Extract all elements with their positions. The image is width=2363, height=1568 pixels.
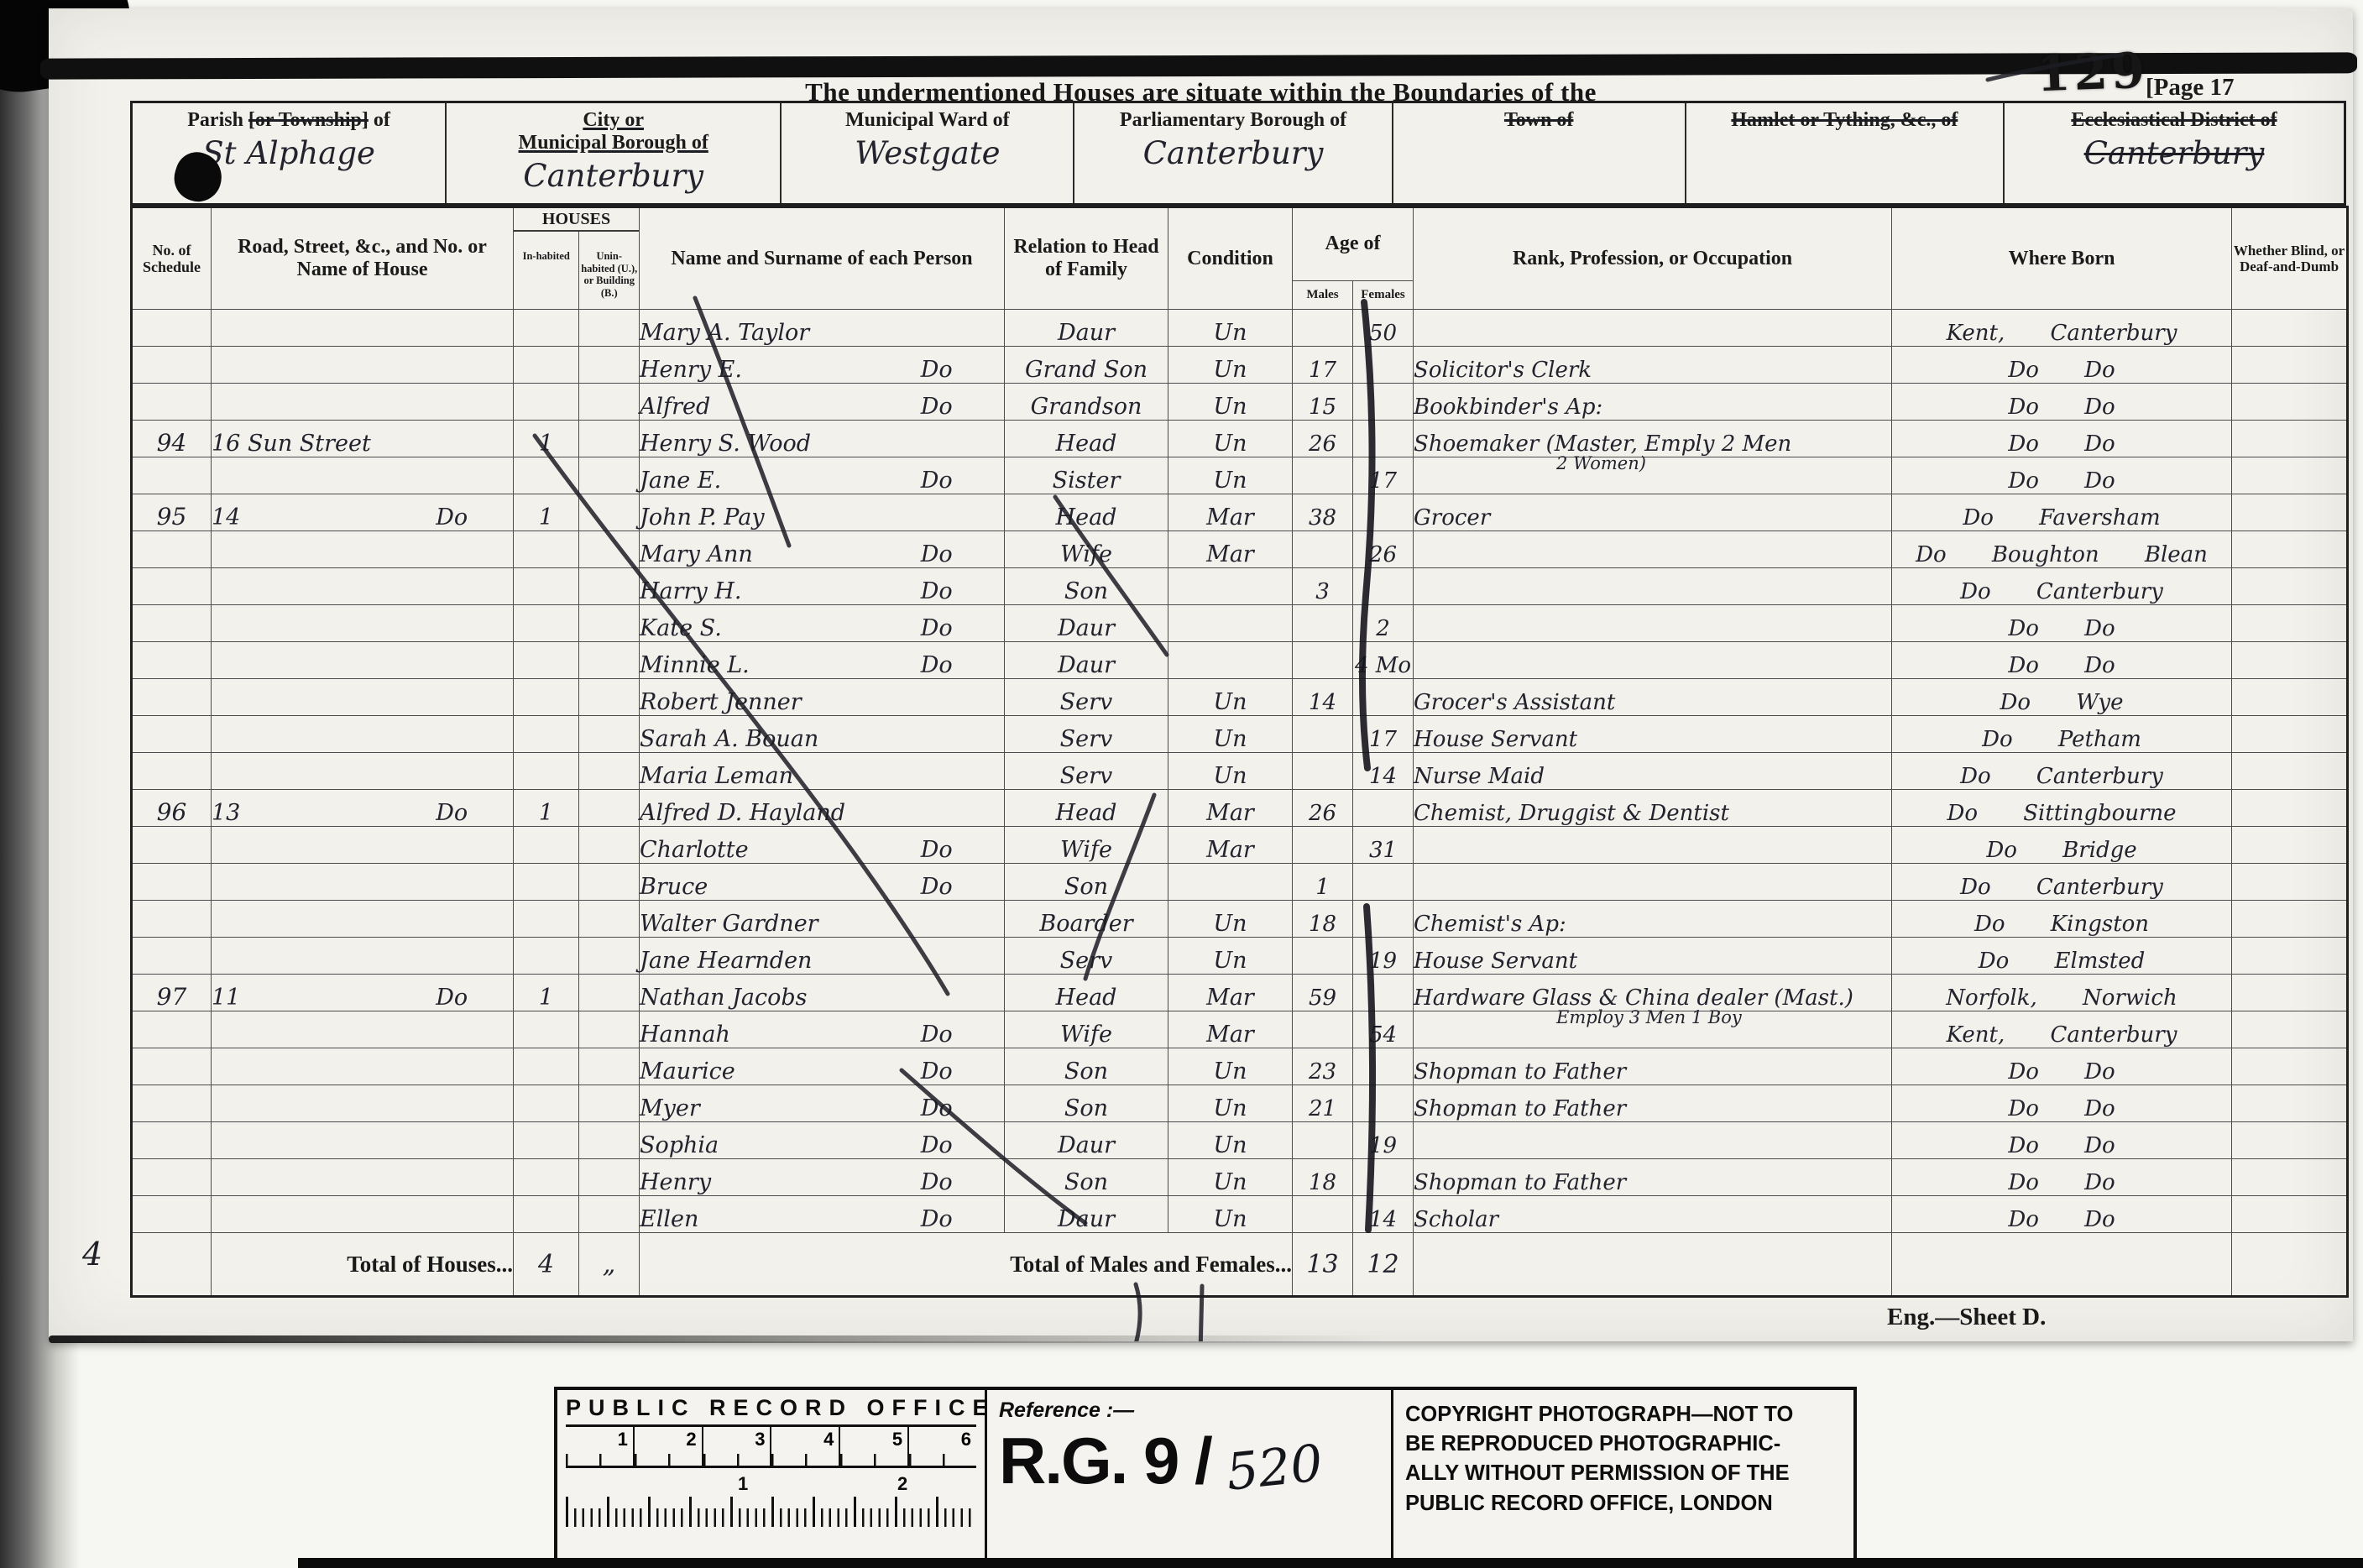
cell-schedule (132, 864, 212, 901)
cell-female (1353, 347, 1414, 384)
totals-houses-uninhabited: „ (579, 1233, 640, 1297)
cell-relation: Grandson (1005, 384, 1168, 421)
cell-male (1293, 716, 1353, 753)
cell-occupation (1414, 310, 1892, 347)
cell-blind (2232, 494, 2348, 531)
cell-male: 26 (1293, 790, 1353, 827)
cell-relation: Son (1005, 1048, 1168, 1085)
cell-blind (2232, 827, 2348, 864)
cell-born: Do Canterbury (1892, 568, 2232, 605)
cell-schedule (132, 827, 212, 864)
census-form-page: The undermentioned Houses are situate wi… (49, 8, 2353, 1341)
cell-born: Do Elmsted (1892, 938, 2232, 975)
cell-inhabited (514, 457, 579, 494)
cell-relation: Serv (1005, 716, 1168, 753)
cell-inhabited (514, 938, 579, 975)
cell-blind (2232, 568, 2348, 605)
cell-occupation (1414, 864, 1892, 901)
col-header-relation: Relation to Head of Family (1005, 207, 1168, 310)
table-row: 9711Do1Nathan JacobsHeadMar59Hardware Gl… (132, 975, 2348, 1011)
cell-male (1293, 310, 1353, 347)
cell-inhabited: 1 (514, 975, 579, 1011)
cell-schedule (132, 901, 212, 938)
cell-condition: Un (1168, 421, 1293, 457)
cell-blind (2232, 975, 2348, 1011)
cell-male: 3 (1293, 568, 1353, 605)
reference-piece-number: 520 (1224, 1438, 1325, 1498)
table-row: MauriceDoSonUn23Shopman to FatherDo Do (132, 1048, 2348, 1085)
table-row: 9514Do1John P. PayHeadMar38GrocerDo Fave… (132, 494, 2348, 531)
cell-uninhabited (579, 1085, 640, 1122)
ruler-inch-number: 3 (703, 1427, 772, 1466)
cell-condition: Mar (1168, 494, 1293, 531)
page-top-ink-band (40, 52, 2357, 79)
cell-uninhabited (579, 310, 640, 347)
cell-uninhabited (579, 975, 640, 1011)
cell-relation: Daur (1005, 1122, 1168, 1159)
cell-male (1293, 457, 1353, 494)
ruler-inch-number: 6 (909, 1427, 976, 1466)
cell-born: Do Do (1892, 457, 2232, 494)
cell-inhabited (514, 605, 579, 642)
cell-uninhabited (579, 642, 640, 679)
cell-female (1353, 790, 1414, 827)
ruler-inch-scale: 123456 (566, 1427, 976, 1468)
cell-schedule (132, 1196, 212, 1233)
cell-schedule (132, 605, 212, 642)
col-header-condition: Condition (1168, 207, 1293, 310)
stamp-copyright-section: COPYRIGHT PHOTOGRAPH—NOT TOBE REPRODUCED… (1393, 1390, 1853, 1558)
census-table: No. of Schedule Road, Street, &c., and N… (130, 206, 2349, 1298)
cell-male: 17 (1293, 347, 1353, 384)
cell-road: 11Do (212, 975, 514, 1011)
cell-blind (2232, 642, 2348, 679)
cell-schedule: 97 (132, 975, 212, 1011)
stamp-office-title: PUBLIC RECORD OFFICE (566, 1395, 976, 1427)
cell-condition (1168, 605, 1293, 642)
cell-occupation: Nurse Maid (1414, 753, 1892, 790)
cell-blind (2232, 457, 2348, 494)
cell-born: Do Do (1892, 1122, 2232, 1159)
cell-born: Do Do (1892, 642, 2232, 679)
cell-occupation: Chemist's Ap: (1414, 901, 1892, 938)
cell-born: Do Do (1892, 1048, 2232, 1085)
table-row: Robert JennerServUn14Grocer's AssistantD… (132, 679, 2348, 716)
cell-born: Do Do (1892, 384, 2232, 421)
cell-male (1293, 642, 1353, 679)
cell-uninhabited (579, 494, 640, 531)
cell-uninhabited (579, 531, 640, 568)
col-header-age-group: Age of (1293, 207, 1414, 281)
cell-schedule (132, 310, 212, 347)
cell-female: 17 (1353, 716, 1414, 753)
district-label: Municipal Ward of (845, 103, 1010, 132)
col-header-females: Females (1353, 280, 1414, 310)
cell-born: Do Do (1892, 347, 2232, 384)
cell-road (212, 347, 514, 384)
col-header-name: Name and Surname of each Person (640, 207, 1005, 310)
col-header-schedule: No. of Schedule (132, 207, 212, 310)
cell-road (212, 901, 514, 938)
cell-male: 59 (1293, 975, 1353, 1011)
cell-schedule (132, 679, 212, 716)
cell-born: Do Sittingbourne (1892, 790, 2232, 827)
cell-male: 26 (1293, 421, 1353, 457)
col-header-occupation: Rank, Profession, or Occupation (1414, 207, 1892, 310)
district-label: Hamlet or Tything, &c., of (1731, 103, 1958, 132)
cell-name: Harry H.Do (640, 568, 1005, 605)
stamp-ruler-section: PUBLIC RECORD OFFICE 123456 12 (557, 1390, 987, 1558)
cell-blind (2232, 384, 2348, 421)
cell-occupation (1414, 605, 1892, 642)
district-box: Ecclesiastical District ofCanterbury (2005, 103, 2344, 203)
cell-female (1353, 384, 1414, 421)
table-row: Maria LemanServUn14Nurse MaidDo Canterbu… (132, 753, 2348, 790)
cell-male (1293, 753, 1353, 790)
totals-occupation-cell (1414, 1233, 1892, 1297)
cell-condition: Un (1168, 679, 1293, 716)
reference-series: R.G. 9 / (999, 1428, 1211, 1493)
cell-inhabited (514, 716, 579, 753)
cell-male: 18 (1293, 901, 1353, 938)
cell-name: John P. Pay (640, 494, 1005, 531)
cell-road (212, 1011, 514, 1048)
cell-inhabited (514, 310, 579, 347)
cell-blind (2232, 605, 2348, 642)
cell-schedule (132, 642, 212, 679)
cell-schedule (132, 938, 212, 975)
cell-inhabited: 1 (514, 494, 579, 531)
totals-schedule-cell (132, 1233, 212, 1297)
copyright-line: BE REPRODUCED PHOTOGRAPHIC- (1405, 1429, 1845, 1459)
cell-condition: Mar (1168, 1011, 1293, 1048)
cell-schedule (132, 531, 212, 568)
cell-blind (2232, 421, 2348, 457)
cell-condition: Mar (1168, 790, 1293, 827)
cell-road (212, 310, 514, 347)
cell-occupation: Grocer (1414, 494, 1892, 531)
district-value: St Alphage (202, 135, 375, 171)
table-row: HenryDoSonUn18Shopman to FatherDo Do (132, 1159, 2348, 1196)
cell-female (1353, 1048, 1414, 1085)
cell-relation: Son (1005, 1085, 1168, 1122)
col-header-houses-group: HOUSES In-habited Unin-habited (U.), or … (514, 207, 640, 310)
col-header-blind: Whether Blind, or Deaf-and-Dumb (2232, 207, 2348, 310)
table-row: Harry H.DoSon3Do Canterbury (132, 568, 2348, 605)
cell-inhabited (514, 864, 579, 901)
cell-inhabited (514, 753, 579, 790)
cell-blind (2232, 1159, 2348, 1196)
cell-uninhabited (579, 1196, 640, 1233)
cell-female (1353, 901, 1414, 938)
cell-uninhabited (579, 1011, 640, 1048)
cell-born: Do Do (1892, 1196, 2232, 1233)
cell-born: Kent, Canterbury (1892, 1011, 2232, 1048)
cell-male (1293, 827, 1353, 864)
cell-road (212, 1048, 514, 1085)
cell-occupation: Shopman to Father (1414, 1159, 1892, 1196)
col-header-males: Males (1293, 280, 1353, 310)
cell-relation: Son (1005, 864, 1168, 901)
table-row: 9416 Sun Street1Henry S. WoodHeadUn26Sho… (132, 421, 2348, 457)
cell-occupation: Shoemaker (Master, Emply 2 Men2 Women) (1414, 421, 1892, 457)
cell-name: Mary AnnDo (640, 531, 1005, 568)
cell-blind (2232, 531, 2348, 568)
cell-schedule (132, 347, 212, 384)
cell-born: Norfolk, Norwich (1892, 975, 2232, 1011)
cell-condition (1168, 864, 1293, 901)
cell-uninhabited (579, 938, 640, 975)
cell-blind (2232, 347, 2348, 384)
table-row: EllenDoDaurUn14ScholarDo Do (132, 1196, 2348, 1233)
cell-occupation (1414, 568, 1892, 605)
cell-schedule (132, 1085, 212, 1122)
cell-born: Do Wye (1892, 679, 2232, 716)
totals-houses-label: Total of Houses... (212, 1233, 514, 1297)
cell-condition: Mar (1168, 531, 1293, 568)
cell-blind (2232, 864, 2348, 901)
cell-female: 26 (1353, 531, 1414, 568)
sheet-label: Eng.—Sheet D. (1887, 1304, 2046, 1331)
stamp-reference-section: Reference :— R.G. 9 / 520 (987, 1390, 1393, 1558)
cell-blind (2232, 1048, 2348, 1085)
cell-name: Sarah A. Bouan (640, 716, 1005, 753)
cell-inhabited (514, 827, 579, 864)
cell-uninhabited (579, 1159, 640, 1196)
district-box: Town of (1393, 103, 1686, 203)
cell-female (1353, 1159, 1414, 1196)
cell-schedule (132, 457, 212, 494)
cell-road (212, 1122, 514, 1159)
col-header-inhabited: In-habited (514, 232, 578, 309)
cell-female (1353, 864, 1414, 901)
district-label: City or Municipal Borough of (519, 103, 708, 154)
cell-male: 21 (1293, 1085, 1353, 1122)
cell-male (1293, 938, 1353, 975)
cell-road: 13Do (212, 790, 514, 827)
cell-inhabited (514, 1011, 579, 1048)
cell-male (1293, 531, 1353, 568)
cell-schedule: 94 (132, 421, 212, 457)
cell-relation: Head (1005, 494, 1168, 531)
cell-relation: Daur (1005, 1196, 1168, 1233)
cell-name: Walter Gardner (640, 901, 1005, 938)
ruler-inch-number: 1 (566, 1427, 635, 1466)
page-number-label: [Page 17 (2146, 74, 2235, 102)
ruler-cm-scale: 12 (566, 1473, 976, 1527)
cell-relation: Boarder (1005, 901, 1168, 938)
cell-female: 19 (1353, 1122, 1414, 1159)
cell-road: 14Do (212, 494, 514, 531)
cell-occupation: Solicitor's Clerk (1414, 347, 1892, 384)
cell-born: Do Boughton Blean (1892, 531, 2232, 568)
cell-schedule (132, 568, 212, 605)
cell-occupation: Hardware Glass & China dealer (Mast.)Emp… (1414, 975, 1892, 1011)
cell-name: EllenDo (640, 1196, 1005, 1233)
cell-blind (2232, 716, 2348, 753)
cell-male (1293, 1122, 1353, 1159)
cell-occupation: Shopman to Father (1414, 1085, 1892, 1122)
cell-relation: Head (1005, 790, 1168, 827)
cell-blind (2232, 1196, 2348, 1233)
cell-road (212, 753, 514, 790)
houses-group-title: HOUSES (514, 208, 639, 232)
cell-uninhabited (579, 421, 640, 457)
cell-condition: Un (1168, 901, 1293, 938)
cell-condition: Un (1168, 1159, 1293, 1196)
table-row: Henry E.DoGrand SonUn17Solicitor's Clerk… (132, 347, 2348, 384)
district-label: Parish [or Township] of (187, 103, 390, 132)
scanned-census-page: { "page": { "title": "The undermentioned… (0, 0, 2363, 1568)
cell-female (1353, 421, 1414, 457)
cell-uninhabited (579, 827, 640, 864)
cell-female: 4 Mo (1353, 642, 1414, 679)
cell-road (212, 1196, 514, 1233)
cell-male: 1 (1293, 864, 1353, 901)
cell-name: Minnie L.Do (640, 642, 1005, 679)
cell-name: Maria Leman (640, 753, 1005, 790)
cell-female: 17 (1353, 457, 1414, 494)
col-header-born: Where Born (1892, 207, 2232, 310)
cell-condition: Un (1168, 1122, 1293, 1159)
cell-road (212, 531, 514, 568)
cell-born: Do Kingston (1892, 901, 2232, 938)
table-row: Mary AnnDoWifeMar26Do Boughton Blean (132, 531, 2348, 568)
cell-road (212, 1159, 514, 1196)
cell-condition: Un (1168, 457, 1293, 494)
table-row: MyerDoSonUn21Shopman to FatherDo Do (132, 1085, 2348, 1122)
cell-road (212, 679, 514, 716)
cell-road (212, 642, 514, 679)
cell-road (212, 605, 514, 642)
cell-relation: Grand Son (1005, 347, 1168, 384)
district-label: Ecclesiastical District of (2071, 103, 2277, 132)
table-row: BruceDoSon1Do Canterbury (132, 864, 2348, 901)
cell-blind (2232, 1011, 2348, 1048)
cell-male: 38 (1293, 494, 1353, 531)
district-box: City or Municipal Borough ofCanterbury (447, 103, 782, 203)
cell-condition: Mar (1168, 827, 1293, 864)
cell-name: HenryDo (640, 1159, 1005, 1196)
cell-name: Robert Jenner (640, 679, 1005, 716)
cell-condition (1168, 568, 1293, 605)
census-table-header: No. of Schedule Road, Street, &c., and N… (132, 207, 2348, 310)
table-row: CharlotteDoWifeMar31Do Bridge (132, 827, 2348, 864)
cell-schedule (132, 1011, 212, 1048)
cell-road (212, 457, 514, 494)
cell-schedule (132, 716, 212, 753)
cell-occupation (1414, 1122, 1892, 1159)
totals-males-females-label: Total of Males and Females... (640, 1233, 1293, 1297)
district-value: Canterbury (2084, 135, 2265, 171)
cell-uninhabited (579, 790, 640, 827)
cell-female: 31 (1353, 827, 1414, 864)
cell-uninhabited (579, 753, 640, 790)
district-box: Parliamentary Borough ofCanterbury (1074, 103, 1393, 203)
cell-condition: Un (1168, 753, 1293, 790)
cell-relation: Wife (1005, 531, 1168, 568)
cell-inhabited: 1 (514, 421, 579, 457)
cell-female (1353, 494, 1414, 531)
col-header-uninhabited: Unin-habited (U.), or Building (B.) (578, 232, 639, 309)
cell-inhabited (514, 1159, 579, 1196)
cell-uninhabited (579, 864, 640, 901)
totals-females: 12 (1353, 1233, 1414, 1297)
cell-inhabited (514, 384, 579, 421)
cell-condition: Un (1168, 310, 1293, 347)
cell-name: MyerDo (640, 1085, 1005, 1122)
copyright-line: COPYRIGHT PHOTOGRAPH—NOT TO (1405, 1400, 1845, 1429)
cell-female (1353, 679, 1414, 716)
cell-name: Alfred D. Hayland (640, 790, 1005, 827)
cell-relation: Serv (1005, 679, 1168, 716)
census-totals: Total of Houses... 4 „ Total of Males an… (132, 1233, 2348, 1297)
cell-condition: Un (1168, 716, 1293, 753)
cell-road (212, 827, 514, 864)
table-row: Mary A. TaylorDaurUn50Kent, Canterbury (132, 310, 2348, 347)
cell-blind (2232, 310, 2348, 347)
cell-road (212, 568, 514, 605)
cell-condition (1168, 642, 1293, 679)
cell-relation: Daur (1005, 642, 1168, 679)
cell-schedule (132, 1122, 212, 1159)
cell-occupation: House Servant (1414, 716, 1892, 753)
cell-occupation (1414, 457, 1892, 494)
cell-relation: Head (1005, 975, 1168, 1011)
cell-born: Do Do (1892, 421, 2232, 457)
cell-born: Do Canterbury (1892, 753, 2232, 790)
cell-inhabited (514, 901, 579, 938)
cell-occupation (1414, 531, 1892, 568)
cell-male: 15 (1293, 384, 1353, 421)
cell-condition: Mar (1168, 975, 1293, 1011)
table-row: SophiaDoDaurUn19Do Do (132, 1122, 2348, 1159)
cell-born: Kent, Canterbury (1892, 310, 2232, 347)
cell-inhabited (514, 568, 579, 605)
cell-schedule: 96 (132, 790, 212, 827)
cell-uninhabited (579, 1048, 640, 1085)
cell-female: 14 (1353, 1196, 1414, 1233)
cell-name: Nathan Jacobs (640, 975, 1005, 1011)
cell-uninhabited (579, 605, 640, 642)
cell-relation: Son (1005, 568, 1168, 605)
cell-name: Henry S. Wood (640, 421, 1005, 457)
cell-inhabited (514, 642, 579, 679)
cell-name: Jane Hearnden (640, 938, 1005, 975)
ruler-cm-number: 1 (738, 1473, 748, 1495)
cell-occupation: Scholar (1414, 1196, 1892, 1233)
cell-uninhabited (579, 457, 640, 494)
cell-born: Do Petham (1892, 716, 2232, 753)
cell-inhabited (514, 1048, 579, 1085)
cell-male: 18 (1293, 1159, 1353, 1196)
table-row: Jane HearndenServUn19House ServantDo Elm… (132, 938, 2348, 975)
cell-schedule (132, 1048, 212, 1085)
cell-occupation: Bookbinder's Ap: (1414, 384, 1892, 421)
cell-condition: Un (1168, 1085, 1293, 1122)
cell-occupation (1414, 827, 1892, 864)
cell-born: Do Do (1892, 1085, 2232, 1122)
cell-blind (2232, 790, 2348, 827)
cell-uninhabited (579, 679, 640, 716)
cell-blind (2232, 1085, 2348, 1122)
cell-blind (2232, 679, 2348, 716)
cell-name: Henry E.Do (640, 347, 1005, 384)
cell-born: Do Canterbury (1892, 864, 2232, 901)
cell-inhabited (514, 1085, 579, 1122)
cell-female: 50 (1353, 310, 1414, 347)
cell-blind (2232, 938, 2348, 975)
